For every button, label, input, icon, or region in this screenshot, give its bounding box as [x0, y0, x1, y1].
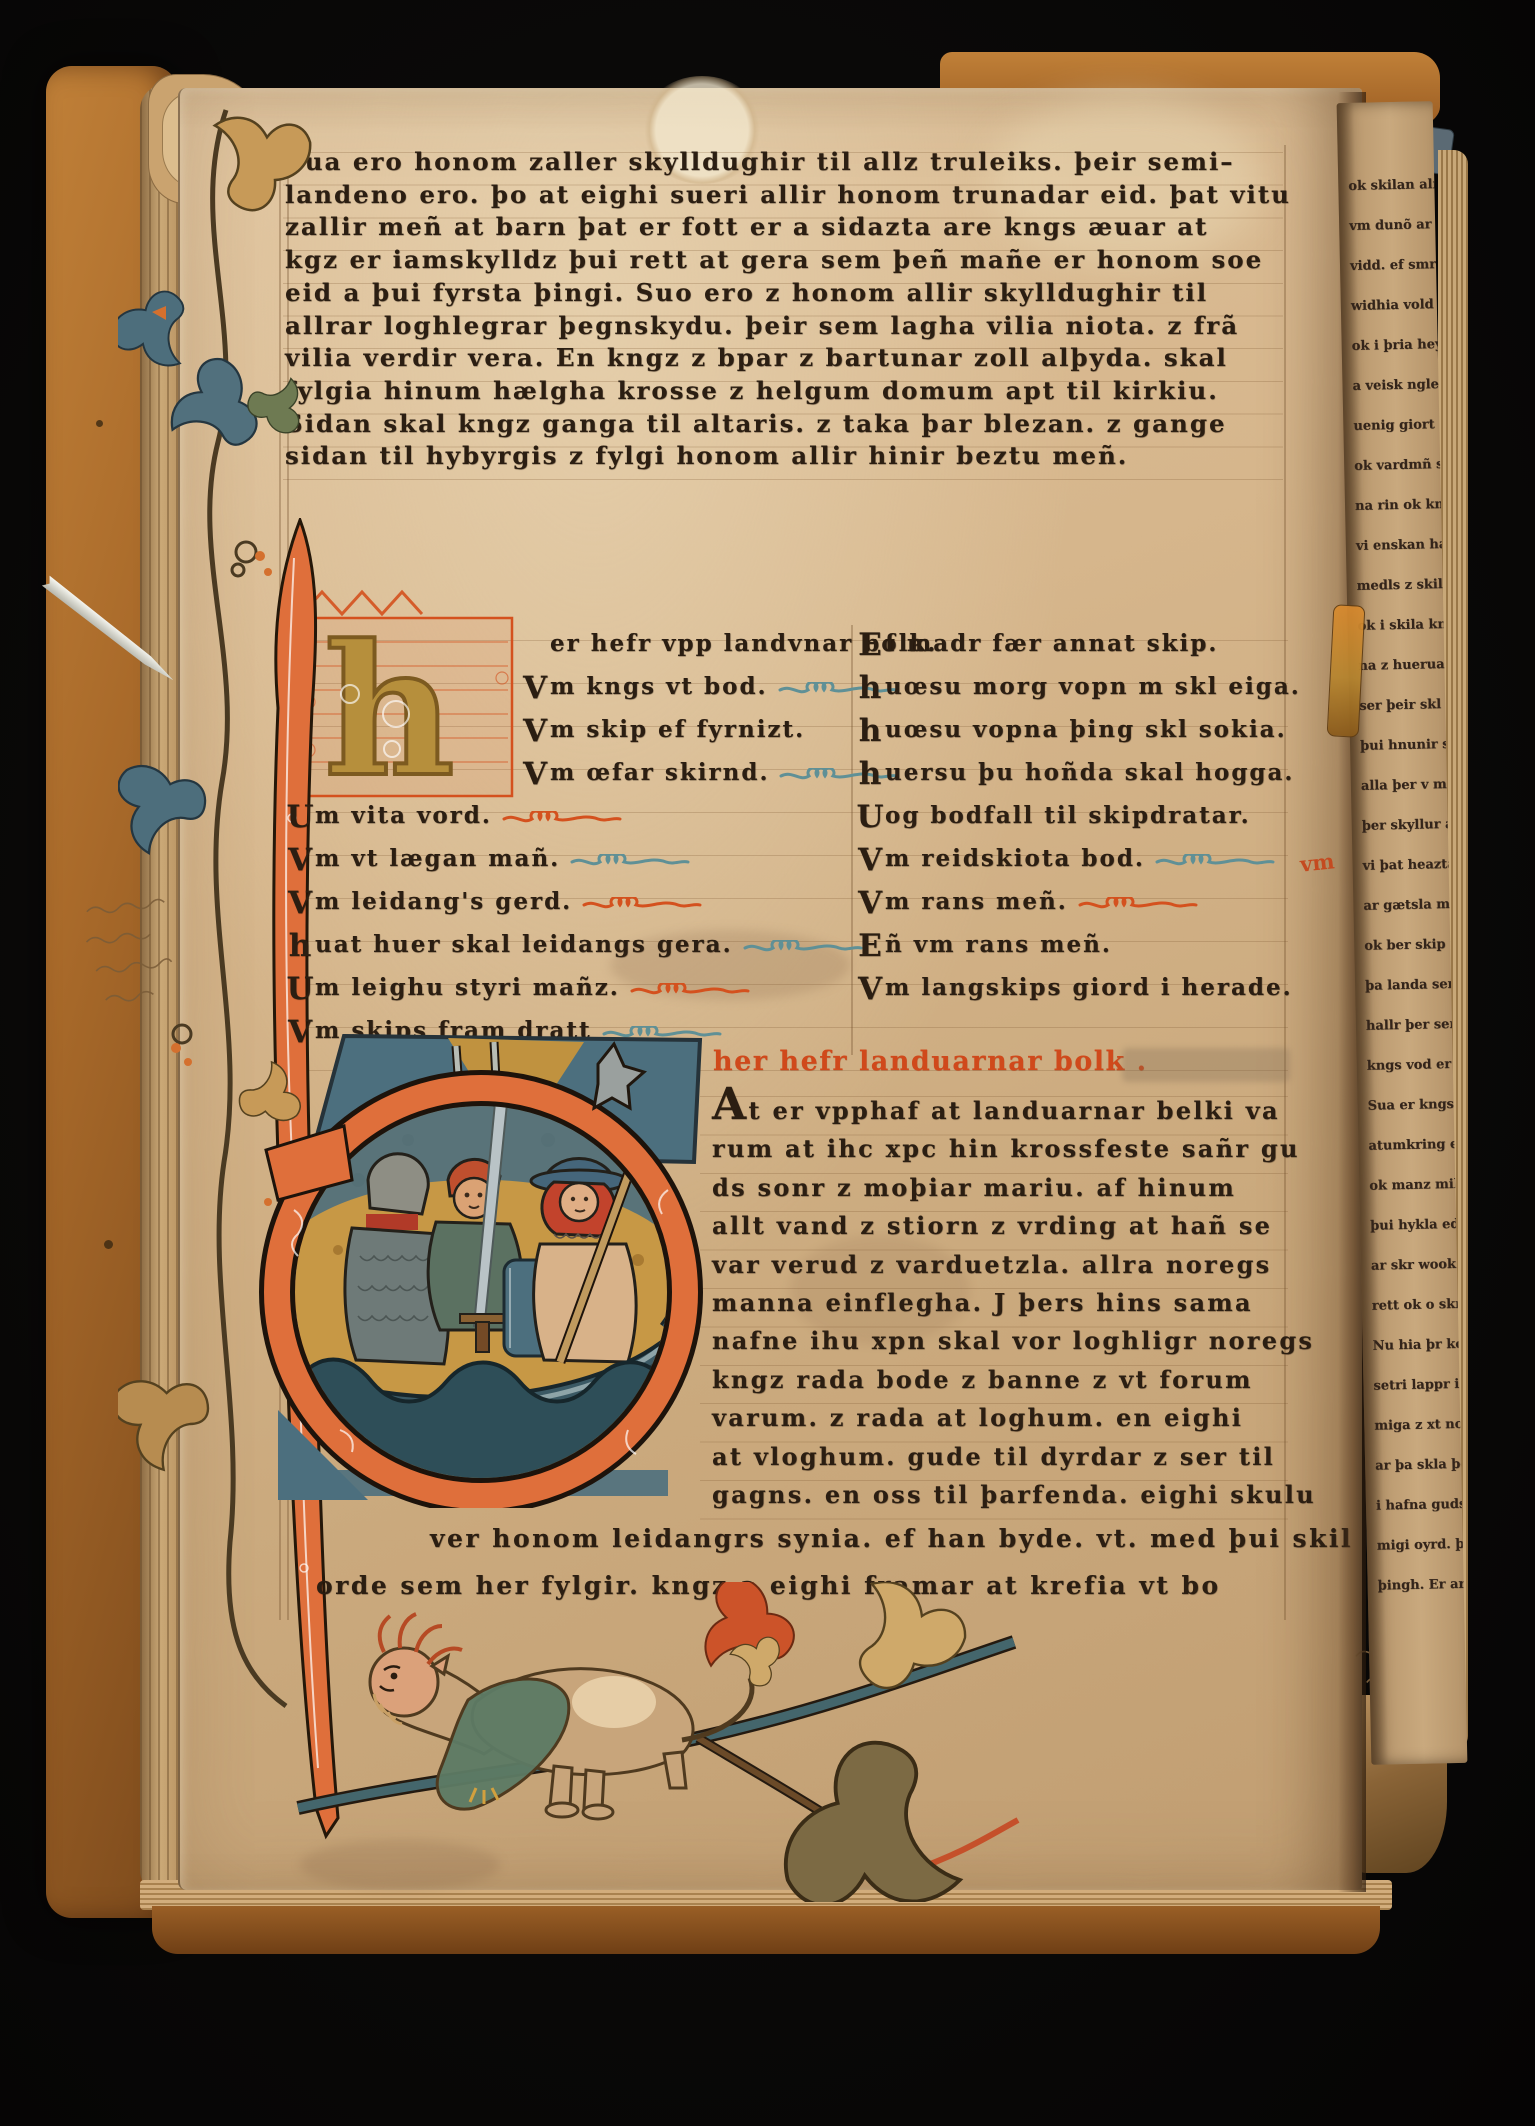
wormhole — [104, 1240, 113, 1249]
right-page-text-line: ser þeir skl ba er vardue — [1349, 685, 1446, 727]
right-page-text-line: a veisk nglerr ne hel — [1342, 365, 1439, 407]
right-page-text-line: rett ok o skr — [1361, 1285, 1458, 1327]
toc-row: Um leighu styri mañz. — [285, 966, 860, 1009]
text-line: nafne ihu xpn skal vor loghligr noregs — [712, 1322, 1297, 1360]
toc-initial: V — [855, 845, 885, 876]
toc-entry: f madr fær annat skip. — [885, 630, 1218, 657]
right-page-text-line: uenig giort ar þeira — [1343, 405, 1440, 447]
toc-entry: m skip ef fyrnizt. — [550, 716, 805, 743]
right-page-text-line: vidd. ef smrena af honõ — [1340, 245, 1437, 287]
right-page-text-line: ok vardmñ skip theiard — [1344, 445, 1441, 487]
text-line: sidan til hybyrgis z fylgi honom allir h… — [285, 440, 1285, 473]
text-line: Sua ero honom zaller skylldughir til all… — [285, 146, 1285, 179]
text-line: at vloghum. gude til dyrdar z ser til — [712, 1438, 1297, 1476]
toc-row: Ef madr fær annat skip. — [855, 622, 1293, 665]
line-filler — [743, 940, 863, 956]
toc-initial: E — [855, 630, 885, 661]
toc-row: Vm reidskiota bod. — [855, 837, 1293, 880]
main-text-block: At er vpphaf at landuarnar belki va rum … — [712, 1086, 1297, 1514]
line-filler — [582, 897, 702, 913]
toc-entry: uœsu morg vopn m skl eiga. — [885, 673, 1301, 700]
right-page-text-line: ok skilan almening — [1338, 165, 1435, 207]
toc-row: Vm skip ef fyrnizt. — [285, 708, 860, 751]
toc-row: huersu þu hoñda skal hogga. — [855, 751, 1293, 794]
right-page-text-line: hallr þer sem vi losnar — [1356, 1005, 1453, 1047]
right-page-text-line: ar þa skla þer landuõn — [1365, 1445, 1462, 1487]
text-line: At er vpphaf at landuarnar belki va — [712, 1086, 1297, 1130]
toc-entry: uœsu vopna þing skl sokia. — [885, 716, 1287, 743]
top-text-block: Sua ero honom zaller skylldughir til all… — [285, 146, 1285, 473]
toc-initial: h — [855, 716, 885, 747]
toc-entry: m langskips giord i herade. — [885, 974, 1293, 1001]
text-line: ds sonr z moþiar mariu. af hinum — [712, 1169, 1297, 1207]
text-line: allrar loghlegrar þegnskydu. þeir sem la… — [285, 310, 1285, 343]
chapter-list-right-column: Ef madr fær annat skip. huœsu morg vopn … — [855, 622, 1293, 1009]
right-page-text-line: migi oyrd. þar med mar — [1366, 1525, 1463, 1567]
toc-entry: m rans meñ. — [885, 888, 1068, 915]
text-line: eid a þui fyrsta þingi. Suo ero z honom … — [285, 277, 1285, 310]
line-filler — [630, 983, 750, 999]
toc-entry: m vita vord. — [315, 802, 492, 829]
toc-entry: m leighu styri mañz. — [315, 974, 620, 1001]
toc-entry: ñ vm rans meñ. — [885, 931, 1112, 958]
text-line: fylgia hinum hælgha krosse z helgum domu… — [285, 375, 1285, 408]
line-filler — [1155, 854, 1275, 870]
right-page-text-line: vm dunõ ar ver vili bett — [1339, 205, 1436, 247]
text-line: var verud z varduetzla. allra noregs — [712, 1246, 1297, 1284]
toc-initial: V — [520, 716, 550, 747]
text-line: zallir meñ at barn þat er fott er a sida… — [285, 211, 1285, 244]
text-line: ver honom leidangrs synia. ef han byde. … — [430, 1524, 1353, 1553]
text-line: landeno ero. þo at eighi sueri allir hon… — [285, 179, 1285, 212]
bottom-leather-edge — [152, 1906, 1380, 1954]
right-page-text-line: i hafna guds i ama afgnan — [1366, 1485, 1463, 1527]
right-page-text-line: þa landa sem þer vilia — [1355, 965, 1452, 1007]
text-line: Sidan skal kngz ganga til altaris. z tak… — [285, 408, 1285, 441]
right-page-text-line: vi þat heazta m rekr eda — [1352, 845, 1449, 887]
toc-row: er hefr vpp landvnar bolk. — [285, 622, 860, 665]
toc-row: Eñ vm rans meñ. — [855, 923, 1293, 966]
bas-de-page-grotesque — [262, 1582, 1042, 1902]
toc-row: Uog bodfall til skipdratar. — [855, 794, 1293, 837]
text-line: vilia verdir vera. En kngz z bpar z bart… — [285, 342, 1285, 375]
manuscript-photo: Sua ero honom zaller skylldughir til all… — [0, 0, 1535, 2126]
toc-entry: uersu þu hoñda skal hogga. — [885, 759, 1294, 786]
text-line: kgz er iamskylldz þui rett at gera sem þ… — [285, 244, 1285, 277]
chapter-marker: vm — [1299, 848, 1336, 876]
text-line: manna einflegha. J þers hins sama — [712, 1284, 1297, 1322]
right-page-text-line: na rin ok kngs vi ara — [1345, 485, 1442, 527]
right-page-text-line: kngs vod er skilld til at — [1356, 1045, 1453, 1087]
text-line: rum at ihc xpc hin krossfeste sañr gu — [712, 1130, 1297, 1168]
right-page-text-line: vi enskan hapar honõ — [1345, 525, 1442, 567]
text-line: varum. z rada at loghum. en eighi — [712, 1399, 1297, 1437]
chapter-list-left-column: er hefr vpp landvnar bolk. Vm kngs vt bo… — [285, 622, 860, 1052]
right-page-text-line: ar skr wook. vilt kngs er f — [1361, 1245, 1458, 1287]
right-page-top-margin — [1337, 101, 1434, 167]
right-page-text-line: alla þer v mikr huer hua — [1351, 765, 1448, 807]
erased-text-smudge — [1122, 1048, 1290, 1082]
toc-entry: m kngs vt bod. — [550, 673, 768, 700]
toc-row: Vm rans meñ. — [855, 880, 1293, 923]
toc-initial: E — [855, 931, 885, 962]
toc-initial: V — [855, 888, 885, 919]
toc-entry: m œfar skirnd. — [550, 759, 769, 786]
toc-entry: og bodfall til skipdratar. — [885, 802, 1251, 829]
toc-row: Vm leidang's gerd. — [285, 880, 860, 923]
text-line: kngz rada bode z banne z vt forum — [712, 1361, 1297, 1399]
toc-entry: m reidskiota bod. — [885, 845, 1145, 872]
right-page-text-line: medls z skilld — [1346, 565, 1443, 607]
text-line: allt vand z stiorn z vrding at hañ se — [712, 1207, 1297, 1245]
left-margin-gloss — [78, 880, 228, 1020]
text-line: gagns. en oss til þarfenda. eighi skulu — [712, 1476, 1297, 1514]
right-page-text-line: miga z xt nokkurn s vid kl — [1364, 1405, 1461, 1447]
right-page-text-line: ok manz mik oida. Hu skal — [1359, 1165, 1456, 1207]
toc-row: Vm langskips giord i herade. — [855, 966, 1293, 1009]
right-page-text-line: ok i þria heydd — [1341, 325, 1438, 367]
toc-row: Vm œfar skirnd. — [285, 751, 860, 794]
toc-initial: h — [855, 759, 885, 790]
toc-entry: uat huer skal leidangs gera. — [315, 931, 733, 958]
toc-row: huœsu vopna þing skl sokia. — [855, 708, 1293, 751]
toc-row: Vm vt lægan mañ. — [285, 837, 860, 880]
toc-initial: V — [520, 673, 550, 704]
right-page-text-line: setri lappr i þa. þri smd. — [1363, 1365, 1460, 1407]
toc-initial: V — [520, 759, 550, 790]
right-page-text-line: ok ber skip fyruska. þa — [1354, 925, 1451, 967]
toc-row: Vm kngs vt bod. — [285, 665, 860, 708]
toc-initial: h — [855, 673, 885, 704]
right-page-text-line: þingh. Er ar gøyrn skri ls — [1367, 1565, 1464, 1607]
right-page-text-line: þer skyllur ar giera reikn — [1351, 805, 1448, 847]
toc-row: huat huer skal leidangs gera. — [285, 923, 860, 966]
right-page-text-line: ar gætsla mit lakr. vm — [1353, 885, 1450, 927]
line-filler — [570, 854, 690, 870]
right-page-text-line: widhia vold kngs oka — [1340, 285, 1437, 327]
toc-entry: m leidang's gerd. — [315, 888, 572, 915]
right-page-text-line: atumkring er mrka eigu — [1358, 1125, 1455, 1167]
right-page-text-line: Sua er kngs mork skolld — [1357, 1085, 1454, 1127]
toc-row: huœsu morg vopn m skl eiga. — [855, 665, 1293, 708]
rubric-heading: her hefr landuarnar bolk . — [713, 1046, 1148, 1077]
toc-initial: U — [855, 802, 885, 833]
line-filler — [502, 811, 622, 827]
toc-initial: V — [855, 974, 885, 1005]
toc-entry: m vt lægan mañ. — [315, 845, 560, 872]
right-page-text-line: Nu hia þr kol ser ibaki — [1362, 1325, 1459, 1367]
right-page-text-line: þui hykla eda þrodings — [1360, 1205, 1457, 1247]
toc-row: Um vita vord. — [285, 794, 860, 837]
wormhole — [96, 420, 103, 427]
line-filler — [1078, 897, 1198, 913]
right-page-text-line: þui hnunir skr snar skal — [1350, 725, 1447, 767]
